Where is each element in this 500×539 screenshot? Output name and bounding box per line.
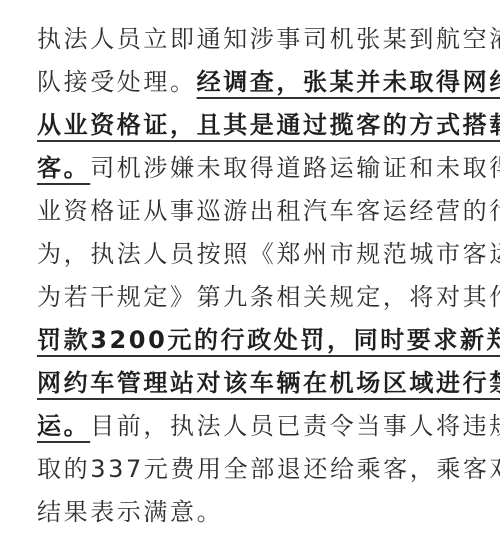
text-line-10: 运。目前，执法人员已责令当事人将违规收 (37, 405, 467, 448)
text-line-7: 为若干规定》第九条相关规定，将对其作出 (37, 276, 467, 319)
text-segment: 司机涉嫌未取得道路运输证和未取得从 (90, 154, 500, 182)
emphasized-text-segment: 客。 (37, 154, 90, 182)
text-segment: 执法人员立即通知涉事司机张某到航空港大 (37, 25, 500, 53)
emphasized-text-segment: 网约车管理站对该车辆在机场区域进行禁 (37, 369, 500, 397)
text-line-6: 为，执法人员按照《郑州市规范城市客运行 (37, 233, 467, 276)
emphasized-text-segment: 经调查，张某并未取得网约车 (197, 68, 500, 96)
text-line-11: 取的337元费用全部退还给乘客，乘客对处理 (37, 448, 467, 491)
text-segment: 为，执法人员按照《郑州市规范城市客运行 (37, 240, 500, 268)
text-line-4: 客。司机涉嫌未取得道路运输证和未取得从 (37, 147, 467, 190)
text-line-3: 从业资格证，且其是通过揽客的方式搭载乘 (37, 104, 467, 147)
emphasized-text-segment: 罚款3200元的行政处罚，同时要求新郑机场 (37, 326, 500, 354)
emphasized-text-segment: 运。 (37, 412, 90, 440)
text-segment: 取的337元费用全部退还给乘客，乘客对处理 (37, 455, 500, 483)
text-segment: 目前，执法人员已责令当事人将违规收 (90, 412, 500, 440)
text-line-5: 业资格证从事巡游出租汽车客运经营的行 (37, 190, 467, 233)
text-segment: 队接受处理。 (37, 68, 197, 96)
text-line-2: 队接受处理。经调查，张某并未取得网约车 (37, 61, 467, 104)
text-line-1: 执法人员立即通知涉事司机张某到航空港大 (37, 18, 467, 61)
text-segment: 为若干规定》第九条相关规定，将对其作出 (37, 283, 500, 311)
text-line-8: 罚款3200元的行政处罚，同时要求新郑机场 (37, 319, 467, 362)
text-line-9: 网约车管理站对该车辆在机场区域进行禁 (37, 362, 467, 405)
text-segment: 业资格证从事巡游出租汽车客运经营的行 (37, 197, 500, 225)
text-segment: 结果表示满意。 (37, 498, 223, 526)
emphasized-text-segment: 从业资格证，且其是通过揽客的方式搭载乘 (37, 111, 500, 139)
article-body: 执法人员立即通知涉事司机张某到航空港大 队接受处理。经调查，张某并未取得网约车 … (37, 18, 467, 534)
text-line-12: 结果表示满意。 (37, 491, 467, 534)
